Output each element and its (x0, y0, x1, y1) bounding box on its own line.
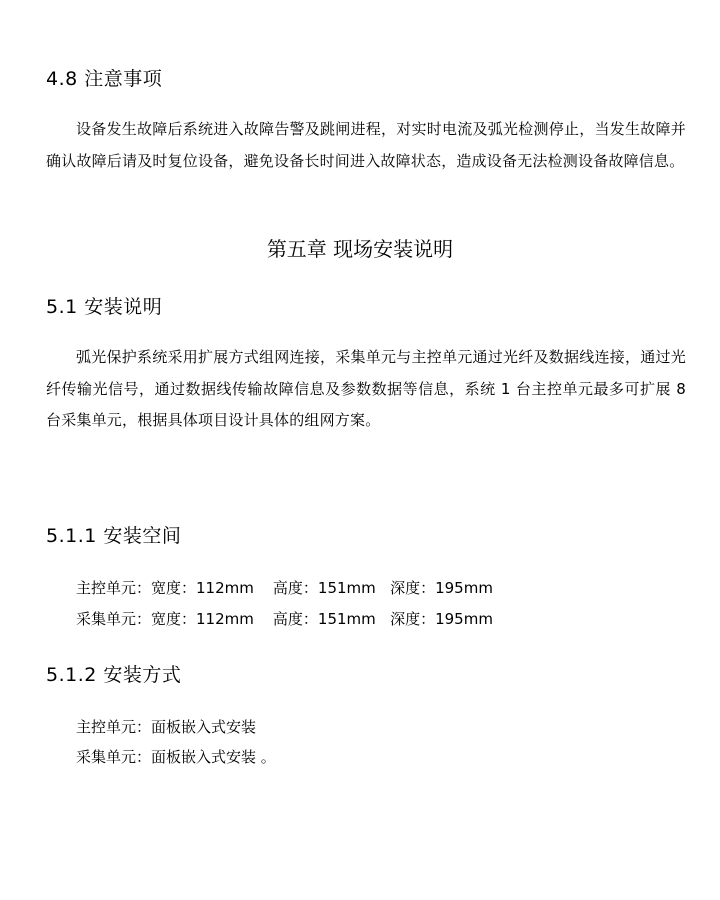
section-heading-5-1-2: 5.1.2 安装方式 (46, 660, 181, 687)
space-row-collector-unit: 采集单元：宽度：112mm 高度：151mm 深度：195mm (76, 608, 493, 629)
space-row-main-unit: 主控单元：宽度：112mm 高度：151mm 深度：195mm (76, 577, 493, 598)
section-heading-4-8: 4.8 注意事项 (46, 64, 162, 91)
mount-row-collector-unit: 采集单元：面板嵌入式安装 。 (76, 746, 276, 767)
section-heading-5-1: 5.1 安装说明 (46, 292, 162, 319)
section-heading-5-1-1: 5.1.1 安装空间 (46, 521, 181, 548)
section-5-1-paragraph: 弧光保护系统采用扩展方式组网连接，采集单元与主控单元通过光纤及数据线连接，通过光… (46, 342, 686, 437)
section-4-8-paragraph: 设备发生故障后系统进入故障告警及跳闸进程，对实时电流及弧光检测停止，当发生故障并… (46, 114, 686, 177)
mount-row-main-unit: 主控单元：面板嵌入式安装 (76, 716, 256, 737)
chapter-title: 第五章 现场安装说明 (0, 233, 720, 262)
